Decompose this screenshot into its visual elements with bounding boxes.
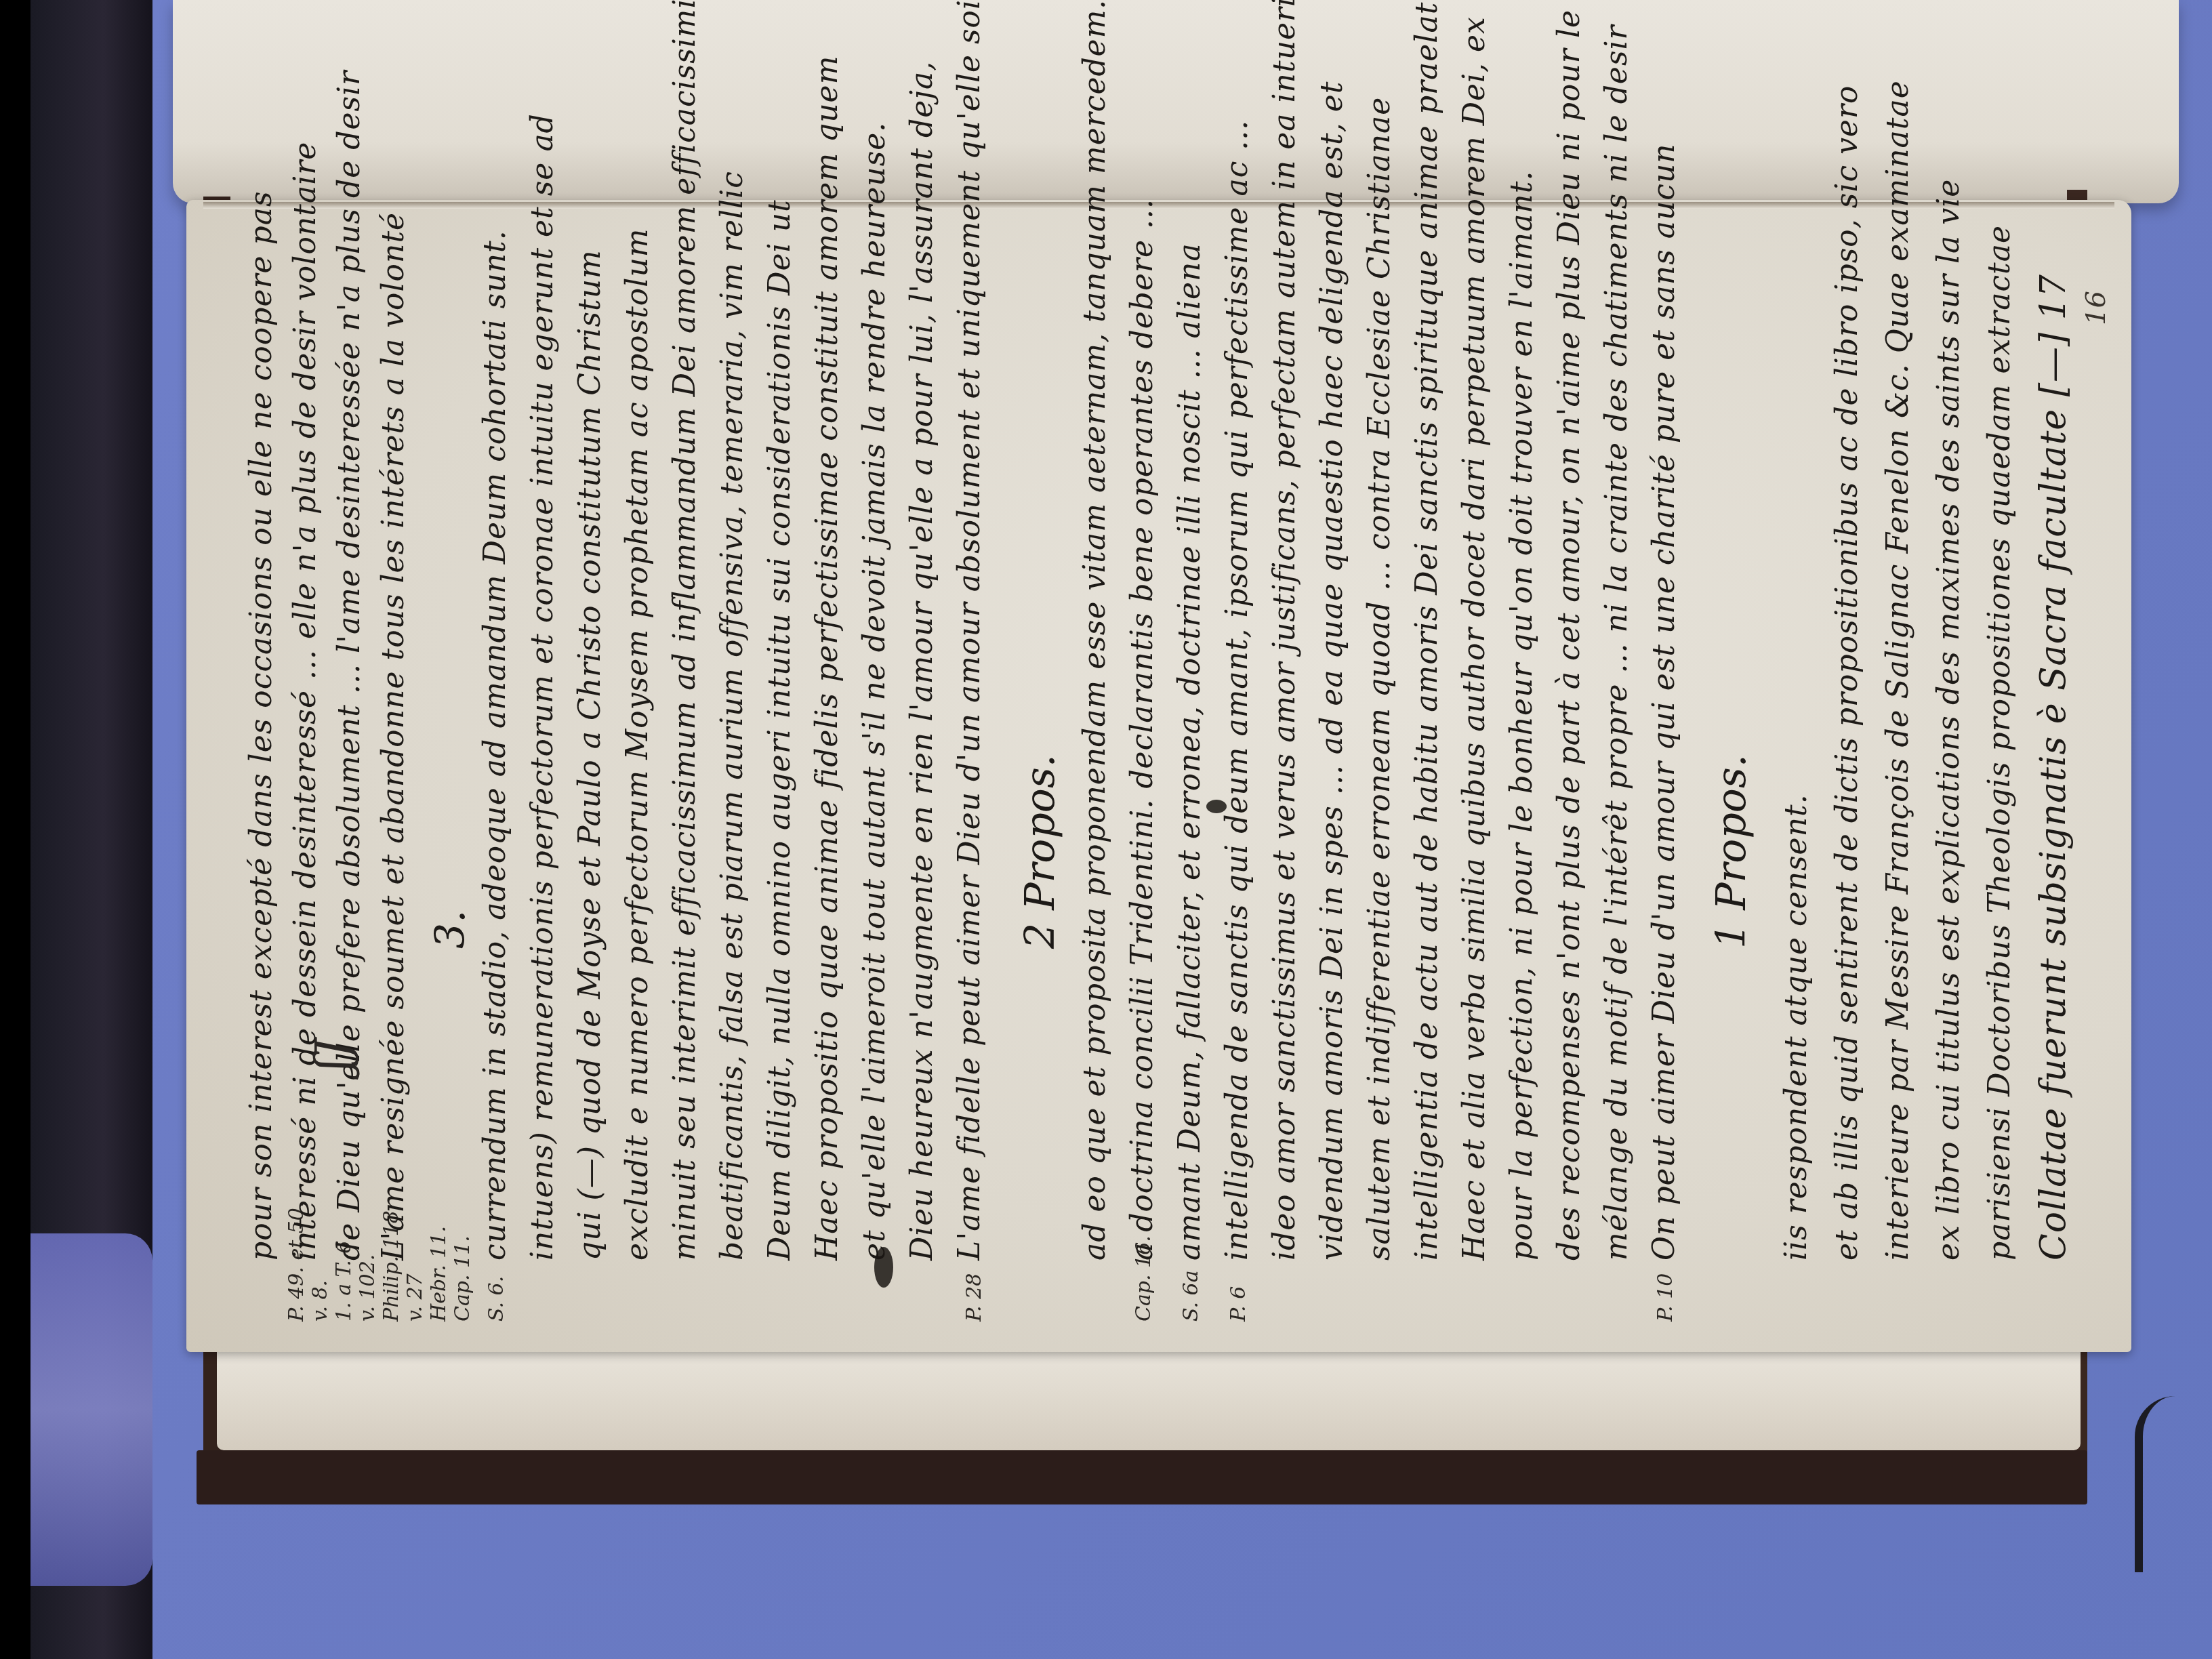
section-2-line: qui (—) quod de Moyse et Paulo a Christo… <box>573 249 607 1261</box>
section-1-line: ad eo que et proposita proponendam esse … <box>1078 0 1112 1261</box>
section-1-line: amant Deum, fallaciter, et erronea, doct… <box>1172 243 1207 1261</box>
section-2-line: L'ame fidelle peut aimer Dieu d'un amour… <box>952 0 987 1261</box>
section-1-line: salutem et indifferentiae erroneam quoad… <box>1362 97 1397 1261</box>
margin-reference: S. 6. <box>485 1276 508 1322</box>
margin-reference: Cap. 11. <box>451 1235 474 1322</box>
section-1-line: videndum amoris Dei in spes ... ad ea qu… <box>1315 81 1349 1261</box>
section-2-line: Deum diligit, nulla omnino augeri intuit… <box>762 199 797 1261</box>
margin-reference: S. 6a <box>1179 1270 1203 1322</box>
ink-blot <box>1206 800 1227 813</box>
photo-scene: 16 Collatae fuerunt subsignatis è Sacra … <box>0 0 2212 1659</box>
section-3-line: L'ame resignée soumet et abandonne tous … <box>376 212 411 1261</box>
signature-flourish: ʃJ <box>305 1039 361 1071</box>
section-2-line: excludit e numero perfectorum Moysem pro… <box>620 228 655 1261</box>
opening-line: interieure par Messire François de Salig… <box>1881 80 1915 1261</box>
heading-proposition-2: 2 Propos. <box>1017 754 1064 949</box>
margin-reference: P. 6 <box>1227 1286 1250 1322</box>
opening-line: parisiensi Doctoribus Theologis proposit… <box>1982 225 2017 1261</box>
section-3-line: interessé ni de dessein desinteressé ...… <box>288 142 323 1261</box>
section-1-line: a doctrina concilii Tridentini. declaran… <box>1125 199 1160 1261</box>
section-2-line: Dieu heureux n'augmente en rien l'amour … <box>905 61 939 1261</box>
section-1-line: Haec et alia verba similia quibus author… <box>1457 16 1492 1261</box>
black-border <box>0 0 30 1659</box>
cloth-fold <box>30 1233 152 1586</box>
heading-proposition-3: 3. <box>427 910 474 949</box>
section-2-line: minuit seu interimit efficacissimum ad i… <box>668 0 702 1261</box>
section-1-line: mélange du motif de l'intérêt propre ...… <box>1599 24 1634 1261</box>
opening-line: iis respondent atque censent. <box>1779 794 1814 1261</box>
opening-line: Collatae fuerunt subsignatis è Sacra fac… <box>2033 274 2074 1261</box>
opening-line: et ab illis quid sentirent de dictis pro… <box>1830 85 1864 1261</box>
page-number: 16 <box>2081 291 2112 325</box>
opening-line: ex libro cui titulus est explications de… <box>1931 179 1966 1261</box>
ink-blot <box>874 1247 893 1288</box>
black-cable <box>2135 1396 2212 1572</box>
section-2-line: beatificantis, falsa est piarum aurium o… <box>715 171 750 1261</box>
section-1-line: On peut aimer Dieu d'un amour qui est un… <box>1647 143 1681 1261</box>
margin-reference: v. 102. <box>356 1254 380 1322</box>
margin-reference: P. 28 <box>962 1273 986 1322</box>
section-3-line: de Dieu qu'elle prefere absolument ... l… <box>332 70 367 1261</box>
heading-proposition-1: 1 Propos. <box>1708 754 1755 949</box>
section-1-line: intelligenda de sanctis qui deum amant, … <box>1220 120 1254 1261</box>
margin-reference: Hebr. 11. <box>427 1226 451 1322</box>
facing-page-top <box>173 0 2179 203</box>
margin-reference: P. 10 <box>1654 1273 1677 1322</box>
section-1-line: des recompenses n'ont plus de part à cet… <box>1552 0 1586 1261</box>
section-1-line: intelligentia de actu aut de habitu amor… <box>1410 0 1444 1261</box>
section-2-line: currendum in stadio, adeoque ad amandum … <box>478 230 512 1261</box>
section-2-line: intuens) remunerationis perfectorum et c… <box>525 113 560 1261</box>
section-1-line: pour la perfection, ni pour le bonheur q… <box>1504 171 1539 1261</box>
section-1-line: ideo amor sanctissimus et verus amor jus… <box>1267 0 1302 1261</box>
section-2-line: et qu'elle l'aimeroit tout autant s'il n… <box>857 122 892 1261</box>
book-binding-bottom <box>197 1450 2087 1504</box>
margin-reference: v. 8. <box>308 1280 332 1322</box>
section-2-line: Haec propositio quae animae fidelis perf… <box>810 56 844 1261</box>
section-3-line: pour son interest excepté dans les occas… <box>244 190 279 1261</box>
margin-reference: v. 27 <box>403 1273 427 1322</box>
